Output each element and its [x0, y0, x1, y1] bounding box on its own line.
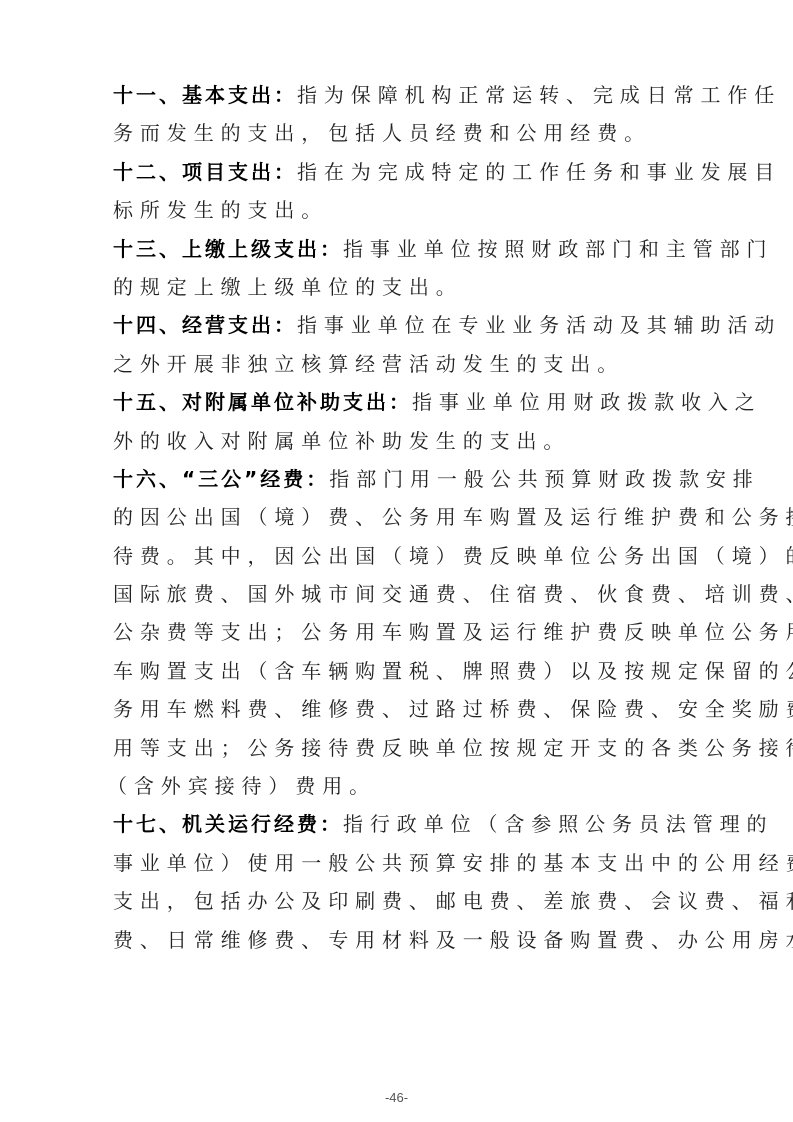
entry-14-text: 指事业单位在专业业务活动及其辅助活动: [297, 313, 781, 337]
entry-15-text: 指事业单位用财政拨款收入之: [412, 390, 762, 414]
entry-12-term: 十二、项目支出：: [113, 160, 297, 184]
entry-16-text: 车购置支出（含车辆购置税、牌照费）以及按规定保留的公: [113, 659, 793, 683]
entry-14-text: 之外开展非独立核算经营活动发生的支出。: [113, 352, 624, 376]
entry-17-text: 支出，包括办公及印刷费、邮电费、差旅费、会议费、福利: [113, 889, 793, 913]
entry-12-text: 标所发生的支出。: [113, 198, 328, 222]
entry-16-text: 待费。其中，因公出国（境）费反映单位公务出国（境）的: [113, 544, 793, 568]
entry-14-line-1: 十四、经营支出：指事业单位在专业业务活动及其辅助活动: [113, 306, 679, 344]
entry-16-line-9: （含外宾接待）费用。: [107, 767, 679, 805]
entry-11-line-1: 十一、基本支出：指为保障机构正常运转、完成日常工作任: [113, 76, 679, 114]
entry-11-line-2: 务而发生的支出，包括人员经费和公用经费。: [113, 114, 679, 152]
entry-15-line-1: 十五、对附属单位补助支出：指事业单位用财政拨款收入之: [113, 383, 679, 421]
entry-11-term: 十一、基本支出：: [113, 83, 297, 107]
entry-16-text: 的因公出国（境）费、公务用车购置及运行维护费和公务接: [113, 505, 793, 529]
document-page: 十一、基本支出：指为保障机构正常运转、完成日常工作任 务而发生的支出，包括人员经…: [113, 76, 679, 959]
entry-16-line-6: 车购置支出（含车辆购置税、牌照费）以及按规定保留的公: [113, 652, 679, 690]
entry-12-text: 指在为完成特定的工作任务和事业发展目: [297, 160, 781, 184]
entry-17-text: 费、日常维修费、专用材料及一般设备购置费、办公用房水: [113, 928, 793, 952]
entry-12-line-2: 标所发生的支出。: [113, 191, 679, 229]
entry-11-text: 指为保障机构正常运转、完成日常工作任: [297, 83, 781, 107]
entry-16-text: 用等支出；公务接待费反映单位按规定开支的各类公务接待: [113, 736, 793, 760]
entry-13-term: 十三、上缴上级支出：: [113, 237, 343, 261]
entry-16-line-8: 用等支出；公务接待费反映单位按规定开支的各类公务接待: [113, 729, 679, 767]
entry-17-text: 事业单位）使用一般公共预算安排的基本支出中的公用经费: [113, 851, 793, 875]
entry-12-line-1: 十二、项目支出：指在为完成特定的工作任务和事业发展目: [113, 153, 679, 191]
entry-11-text: 务而发生的支出，包括人员经费和公用经费。: [113, 121, 651, 145]
entry-17-line-2: 事业单位）使用一般公共预算安排的基本支出中的公用经费: [113, 844, 679, 882]
entry-15-line-2: 外的收入对附属单位补助发生的支出。: [113, 422, 679, 460]
entry-14-line-2: 之外开展非独立核算经营活动发生的支出。: [113, 345, 679, 383]
entry-17-line-3: 支出，包括办公及印刷费、邮电费、差旅费、会议费、福利: [113, 882, 679, 920]
entry-17-term: 十七、机关运行经费：: [113, 812, 343, 836]
entry-16-line-5: 公杂费等支出；公务用车购置及运行维护费反映单位公务用: [113, 613, 679, 651]
entry-16-text: 国际旅费、国外城市间交通费、住宿费、伙食费、培训费、: [113, 582, 793, 606]
entry-14-term: 十四、经营支出：: [113, 313, 297, 337]
entry-13-line-1: 十三、上缴上级支出：指事业单位按照财政部门和主管部门: [113, 230, 679, 268]
entry-17-line-1: 十七、机关运行经费：指行政单位（含参照公务员法管理的: [113, 805, 679, 843]
entry-16-text: 公杂费等支出；公务用车购置及运行维护费反映单位公务用: [113, 620, 793, 644]
page-number: -46-: [0, 1090, 793, 1105]
entry-16-line-3: 待费。其中，因公出国（境）费反映单位公务出国（境）的: [113, 537, 679, 575]
entry-16-text: 指部门用一般公共预算财政拨款安排: [329, 467, 759, 491]
entry-16-line-4: 国际旅费、国外城市间交通费、住宿费、伙食费、培训费、: [113, 575, 679, 613]
entry-13-text: 指事业单位按照财政部门和主管部门: [343, 237, 773, 261]
entry-16-text: 务用车燃料费、维修费、过路过桥费、保险费、安全奖励费: [113, 697, 793, 721]
entry-16-text: （含外宾接待）费用。: [107, 774, 376, 798]
entry-16-line-1: 十六、“三公”经费：指部门用一般公共预算财政拨款安排: [113, 460, 679, 498]
entry-15-text: 外的收入对附属单位补助发生的支出。: [113, 429, 570, 453]
entry-16-line-2: 的因公出国（境）费、公务用车购置及运行维护费和公务接: [113, 498, 679, 536]
entry-16-term: 十六、“三公”经费：: [113, 467, 329, 491]
entry-13-line-2: 的规定上缴上级单位的支出。: [113, 268, 679, 306]
entry-17-text: 指行政单位（含参照公务员法管理的: [343, 812, 773, 836]
entry-16-line-7: 务用车燃料费、维修费、过路过桥费、保险费、安全奖励费: [113, 690, 679, 728]
entry-15-term: 十五、对附属单位补助支出：: [113, 390, 412, 414]
entry-13-text: 的规定上缴上级单位的支出。: [113, 275, 463, 299]
entry-17-line-4: 费、日常维修费、专用材料及一般设备购置费、办公用房水: [113, 921, 679, 959]
